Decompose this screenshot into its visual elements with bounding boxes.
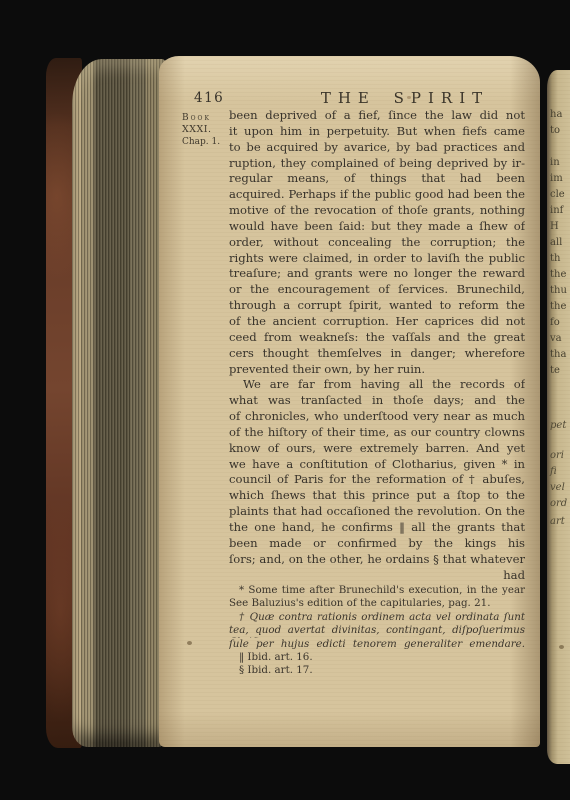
facing-page-text-fragment: cle: [550, 189, 565, 200]
body-line: know of ours, were extremely barren. And…: [229, 441, 525, 457]
scanned-book-photo: { "colors":{ "background":"#0c0c0c", "sp…: [0, 0, 570, 800]
body-line: plaints that had occaſioned the revoluti…: [229, 504, 525, 520]
body-line: been made or confirmed by the kings his …: [229, 536, 525, 552]
footnotes: * Some time after Brunechild's execution…: [229, 584, 525, 678]
footnote-segment: * Some time after Brunechild's execution…: [229, 584, 525, 597]
body-line: motive of the revocation of thoſe grants…: [229, 203, 525, 219]
facing-page-text-fragment: the: [550, 301, 566, 312]
running-title: THE SPIRIT: [300, 89, 510, 107]
facing-page-text-fragment: tha: [550, 349, 566, 360]
body-line: ſors; and, on the other, he ordains § th…: [229, 552, 525, 568]
body-line: of the ancient corruption. Her caprices …: [229, 314, 525, 330]
facing-page-text-fragment: ha: [550, 109, 562, 120]
facing-page-text-fragment: th: [550, 253, 560, 264]
footnote-segment: † Quæ contra rationis ordinem acta vel o…: [229, 611, 525, 624]
facing-page-text-fragment: inf: [550, 205, 563, 216]
footnote-segment: ſule per hujus edicti tenorem generalite…: [229, 638, 525, 650]
body-line: treaſure; and grants were no longer the …: [229, 266, 525, 282]
facing-page-text-fragment: vel: [550, 482, 565, 493]
paper-stain: [559, 645, 564, 649]
facing-page-text-fragment: va: [550, 333, 562, 344]
catchword: had: [229, 568, 525, 582]
footnote-line: See Baluzius's edition of the capitulari…: [229, 597, 525, 610]
footnote-line: § Ibid. art. 17.: [229, 664, 525, 677]
facing-page-text-fragment: ori: [550, 450, 564, 461]
page-number: 416: [194, 90, 224, 106]
facing-page-text-fragment: im: [550, 173, 563, 184]
body-line: rights were claimed, in order to laviſh …: [229, 251, 525, 267]
body-line: or the encouragement of ſervices. Brunec…: [229, 282, 525, 298]
footnote-segment: See Baluzius's edition of the capitulari…: [229, 597, 490, 609]
body-line: through a corrupt ſpirit, wanted to refo…: [229, 298, 525, 314]
body-line: cers thought themſelves in danger; where…: [229, 346, 525, 362]
body-line: ceed from weakneſs: the vaſſals and the …: [229, 330, 525, 346]
facing-page-edge: hatoinimcleinfHallththethuthefovathatepe…: [547, 70, 570, 764]
margin-note: Book XXXI. Chap. 1.: [182, 112, 230, 148]
footnote-line: † Quæ contra rationis ordinem acta vel o…: [229, 611, 525, 624]
body-line: would have been ſaid: but they made a ſh…: [229, 219, 525, 235]
facing-page-text-fragment: H: [550, 221, 559, 232]
facing-page-text-fragment: art: [550, 516, 565, 527]
facing-page-text-fragment: in: [550, 157, 560, 168]
body-line: been deprived of a fief, ſince the law d…: [229, 108, 525, 124]
body-line: the one hand, he confirms ‖ all the gran…: [229, 520, 525, 536]
body-line: ruption, they complained of being depriv…: [229, 156, 525, 172]
footnote-segment: ‖ Ibid. art. 16.: [239, 651, 313, 663]
facing-page-text-fragment: fi: [550, 466, 557, 477]
body-line: We are far from having all the records o…: [229, 377, 525, 393]
body-line: it upon him in perpetuity. But when fief…: [229, 124, 525, 140]
body-line: order, without concealing the corruption…: [229, 235, 525, 251]
facing-page-text-fragment: ord: [550, 498, 567, 509]
facing-page-text-fragment: thu: [550, 285, 567, 296]
body-text: been deprived of a fief, ſince the law d…: [229, 108, 525, 567]
facing-page-text-fragment: pet: [550, 420, 566, 431]
body-line: regular means, of things that had been i…: [229, 171, 525, 187]
body-line: to be acquired by avarice, by bad practi…: [229, 140, 525, 156]
body-line: council of Paris for the reformation of …: [229, 472, 525, 488]
footnote-line: ſule per hujus edicti tenorem generalite…: [229, 638, 525, 651]
facing-page-text-fragment: to: [550, 125, 560, 136]
footnote-line: tea, quod avertat divinitas, contingant,…: [229, 624, 525, 637]
footnote-line: * Some time after Brunechild's execution…: [229, 584, 525, 597]
body-line: of chronicles, who underſtood very near …: [229, 409, 525, 425]
facing-page-text-fragment: all: [550, 237, 562, 248]
paper-stain: [187, 641, 192, 645]
footnote-segment: § Ibid. art. 17.: [239, 664, 313, 676]
facing-page-text-fragment: the: [550, 269, 566, 280]
margin-note-chapter: Chap. 1.: [182, 136, 230, 148]
body-line: we have a conſtitution of Clotharius, gi…: [229, 457, 525, 473]
body-line: of the hiſtory of their time, as our cou…: [229, 425, 525, 441]
footnote-segment: tea, quod avertat divinitas, contingant,…: [229, 624, 525, 637]
margin-note-book-number: XXXI.: [182, 124, 230, 136]
footnote-line: ‖ Ibid. art. 16.: [229, 651, 525, 664]
margin-note-book: Book: [182, 112, 230, 124]
facing-page-text-fragment: te: [550, 365, 560, 376]
body-line: acquired. Perhaps if the public good had…: [229, 187, 525, 203]
body-line: what was tranſacted in thoſe days; and t…: [229, 393, 525, 409]
facing-page-text-fragment: fo: [550, 317, 560, 328]
body-line: prevented their own, by her ruin.: [229, 362, 525, 378]
body-line: which ſhews that this prince put a ſtop …: [229, 488, 525, 504]
book-page-edges: [72, 59, 166, 747]
